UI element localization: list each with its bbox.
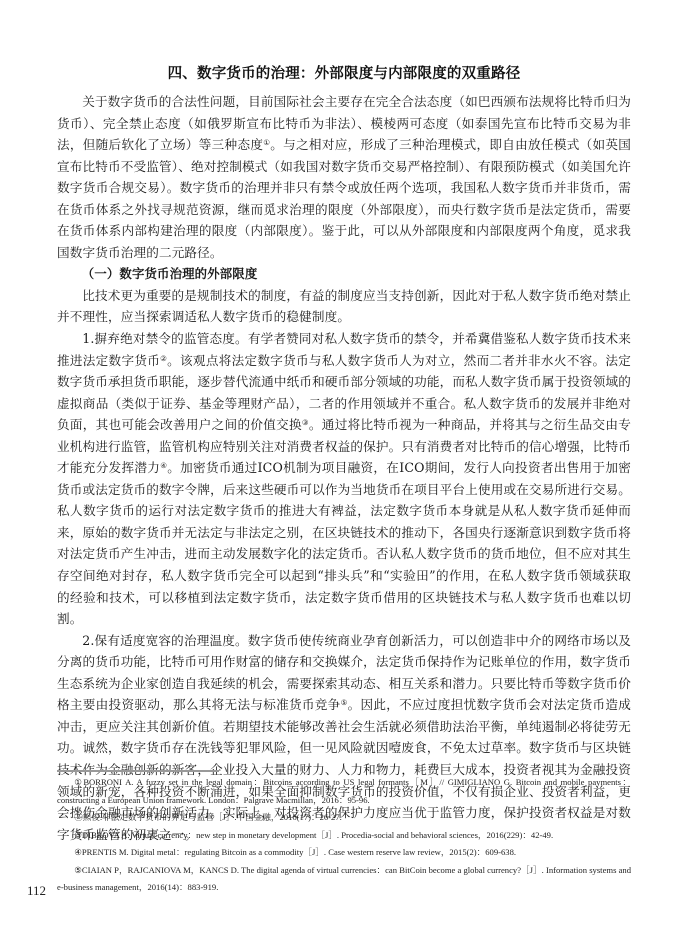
footnote-5: ⑤CIAIAN P，RAJCANIOVA M，KANCS D. The digi… — [57, 862, 631, 897]
footnote-1: ①BORRONI A. A fuzzy set in the legal dom… — [57, 774, 631, 809]
footnote-divider — [57, 770, 219, 772]
subsection-heading: （一）数字货币治理的外部限度 — [57, 263, 631, 285]
page-number: 112 — [27, 883, 46, 899]
paragraph-1: 比技术更为重要的是规制技术的制度，有益的制度应当支持创新，因此对于私人数字货币绝… — [57, 285, 631, 328]
footnote-2: ②熊俊.非法定数字货币的界定与监管［J］.中国金融，2016(17)：26-27… — [57, 809, 631, 827]
footnote-ref-5[interactable]: ⑤ — [341, 698, 348, 707]
paragraph-intro: 关于数字货币的合法性问题，目前国际社会主要存在完全合法态度（如巴西颁布法规将比特… — [57, 91, 631, 263]
text-run: 。加密货币通过ICO机制为项目融资，在ICO期间，发行人向投资者出售用于加密货币… — [57, 460, 631, 626]
footnote-ref-3[interactable]: ③ — [302, 418, 309, 427]
section-title: 四、数字货币的治理：外部限度与内部限度的双重路径 — [57, 62, 631, 83]
footnote-3: ③DIBROVA A. Virtual currency：new step in… — [57, 827, 631, 845]
body-text: 关于数字货币的合法性问题，目前国际社会主要存在完全合法态度（如巴西颁布法规将比特… — [57, 91, 631, 845]
footnote-4: ④PRENTIS M. Digital metal：regulating Bit… — [57, 844, 631, 862]
footnotes: ①BORRONI A. A fuzzy set in the legal dom… — [57, 774, 631, 897]
paragraph-2: 1.摒弃绝对禁令的监管态度。有学者赞同对私人数字货币的禁令，并希冀借鉴私人数字货… — [57, 328, 631, 630]
text-run: 。与之相对应，形成了三种治理模式，即自由放任模式（如英国宣布比特币不受监管）、绝… — [57, 137, 631, 260]
